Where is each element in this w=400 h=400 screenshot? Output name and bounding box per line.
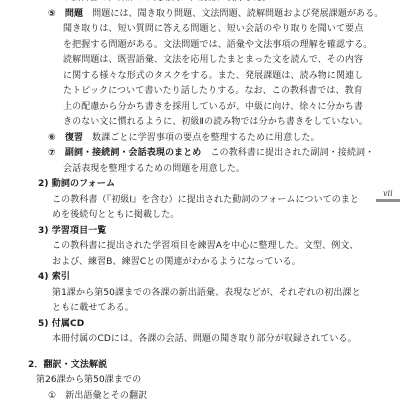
text-segment: 副詞・接続詞・会話表現のまとめ — [65, 148, 202, 158]
doc-line: たトピックについて書いたり話したりする。なお、この教科書では、教育 — [0, 84, 400, 100]
text-segment: 4) 索引 — [38, 272, 70, 282]
text-segment: この教科書（『初級Ⅰ』を含む）に提出された動詞のフォームについてのまと — [52, 195, 359, 205]
text-segment: たトピックについて書いたり話したりする。なお、この教科書では、教育 — [63, 86, 363, 96]
text-segment: 会話表現を整理するための問題を用意した。 — [63, 164, 245, 174]
text-segment: 2) 動詞のフォーム — [38, 179, 115, 189]
text-segment: 5) 付属CD — [38, 319, 84, 329]
heading-5-cd: 5) 付属CD — [0, 317, 400, 333]
text-segment: に関する様々な形式のタスクをする。また、発展課題は、読み物に関連し — [63, 71, 363, 81]
text-segment: を把握する問題がある。文法問題では、語彙や文法事項の理解を確認する。 — [63, 40, 372, 50]
text-segment: ① 新出語彙とその翻訳 — [48, 391, 147, 400]
doc-line: きのない文に慣れるように、初級Ⅱの読み物では分かち書きをしていない。 — [0, 115, 400, 131]
item-6-review: ⑥ 復習 数課ごとに学習事項の要点を整理するために用意した。 — [0, 131, 400, 147]
document-text-block: の教科書で、各課での使用例は、別冊に収録した。⑤ 問題 問題には、聞き取り問題、… — [0, 0, 400, 400]
text-segment: 問題には、聞き取り問題、文法問題、読解問題および発展課題がある。 — [83, 9, 383, 19]
doc-line: この教科書に提出された学習項目を練習Aを中心に整理した。文型、例文、 — [0, 239, 400, 255]
page-number-tab: vii — [376, 189, 400, 202]
text-segment: この教科書に提出された副詞・接続詞・ — [201, 148, 374, 158]
section-2-translation: 2．翻訳・文法解説 — [0, 358, 400, 374]
text-segment: 2．翻訳・文法解説 — [28, 360, 107, 370]
text-segment: ⑦ — [48, 148, 56, 158]
text-segment: 上の配慮から分かち書きを採用しているが、中級に向け、徐々に分かち書 — [63, 102, 363, 112]
text-segment: 数課ごとに学習事項の要点を整理するために用意した。 — [83, 133, 320, 143]
text-segment — [56, 133, 65, 143]
doc-line: 聞き取りは、短い質問に答える問題と、短い会話のやり取りを聞いて要点 — [0, 22, 400, 38]
text-segment: 第26課から第50課までの — [36, 375, 141, 385]
page-number-bar — [376, 199, 400, 202]
text-segment: めを後続句とともに掲載した。 — [52, 210, 179, 220]
item-1-new-vocab: ① 新出語彙とその翻訳 — [0, 389, 400, 400]
text-segment — [56, 9, 65, 19]
doc-line: を把握する問題がある。文法問題では、語彙や文法事項の理解を確認する。 — [0, 38, 400, 54]
text-segment: 3) 学習項目一覧 — [38, 226, 106, 236]
heading-4-index: 4) 索引 — [0, 270, 400, 286]
text-segment — [56, 148, 65, 158]
doc-line: めを後続句とともに掲載した。 — [0, 208, 400, 224]
doc-line: 第26課から第50課までの — [0, 373, 400, 389]
doc-line: 会話表現を整理するための問題を用意した。 — [0, 162, 400, 178]
text-segment: の教科書で、各課での使用例は、別冊に収録した。 — [62, 0, 271, 3]
item-5-problems: ⑤ 問題 問題には、聞き取り問題、文法問題、読解問題および発展課題がある。 — [0, 7, 400, 23]
heading-2-verb-forms: 2) 動詞のフォーム — [0, 177, 400, 193]
text-segment: きのない文に慣れるように、初級Ⅱの読み物では分かち書きをしていない。 — [63, 117, 368, 127]
text-segment: 聞き取りは、短い質問に答える問題と、短い会話のやり取りを聞いて要点 — [63, 24, 363, 34]
doc-line: 上の配慮から分かち書きを採用しているが、中級に向け、徐々に分かち書 — [0, 100, 400, 116]
item-7-summary: ⑦ 副詞・接続詞・会話表現のまとめ この教科書に提出された副詞・接続詞・ — [0, 146, 400, 162]
doc-line: 第1課から第50課までの各課の新出語彙、表現などが、それぞれの初出課と — [0, 286, 400, 302]
doc-line: ともに載せてある。 — [0, 301, 400, 317]
text-segment: および、練習B、練習Cとの関連がわかるようになっている。 — [52, 257, 301, 267]
text-segment: 問題 — [65, 9, 83, 19]
page-number: vii — [376, 189, 400, 198]
text-segment: 読解問題は、既習語彙、文法を応用したまとまった文を読んで、その内容 — [63, 55, 363, 65]
text-segment: ⑤ — [48, 9, 56, 19]
doc-line: に関する様々な形式のタスクをする。また、発展課題は、読み物に関連し — [0, 69, 400, 85]
text-segment: 第1課から第50課までの各課の新出語彙、表現などが、それぞれの初出課と — [52, 288, 361, 298]
text-segment: 本冊付属のCDには、各課の会話、問題の聞き取り部分が収録されている。 — [52, 334, 357, 344]
text-segment: 復習 — [65, 133, 83, 143]
doc-line: この教科書（『初級Ⅰ』を含む）に提出された動詞のフォームについてのまと — [0, 193, 400, 209]
text-segment: ともに載せてある。 — [52, 303, 134, 313]
doc-line: 本冊付属のCDには、各課の会話、問題の聞き取り部分が収録されている。 — [0, 332, 400, 348]
doc-line: 読解問題は、既習語彙、文法を応用したまとまった文を読んで、その内容 — [0, 53, 400, 69]
heading-3-study-items: 3) 学習項目一覧 — [0, 224, 400, 240]
document-page: の教科書で、各課での使用例は、別冊に収録した。⑤ 問題 問題には、聞き取り問題、… — [0, 0, 400, 400]
doc-line: および、練習B、練習Cとの関連がわかるようになっている。 — [0, 255, 400, 271]
text-segment: この教科書に提出された学習項目を練習Aを中心に整理した。文型、例文、 — [52, 241, 359, 251]
text-segment: ⑥ — [48, 133, 56, 143]
